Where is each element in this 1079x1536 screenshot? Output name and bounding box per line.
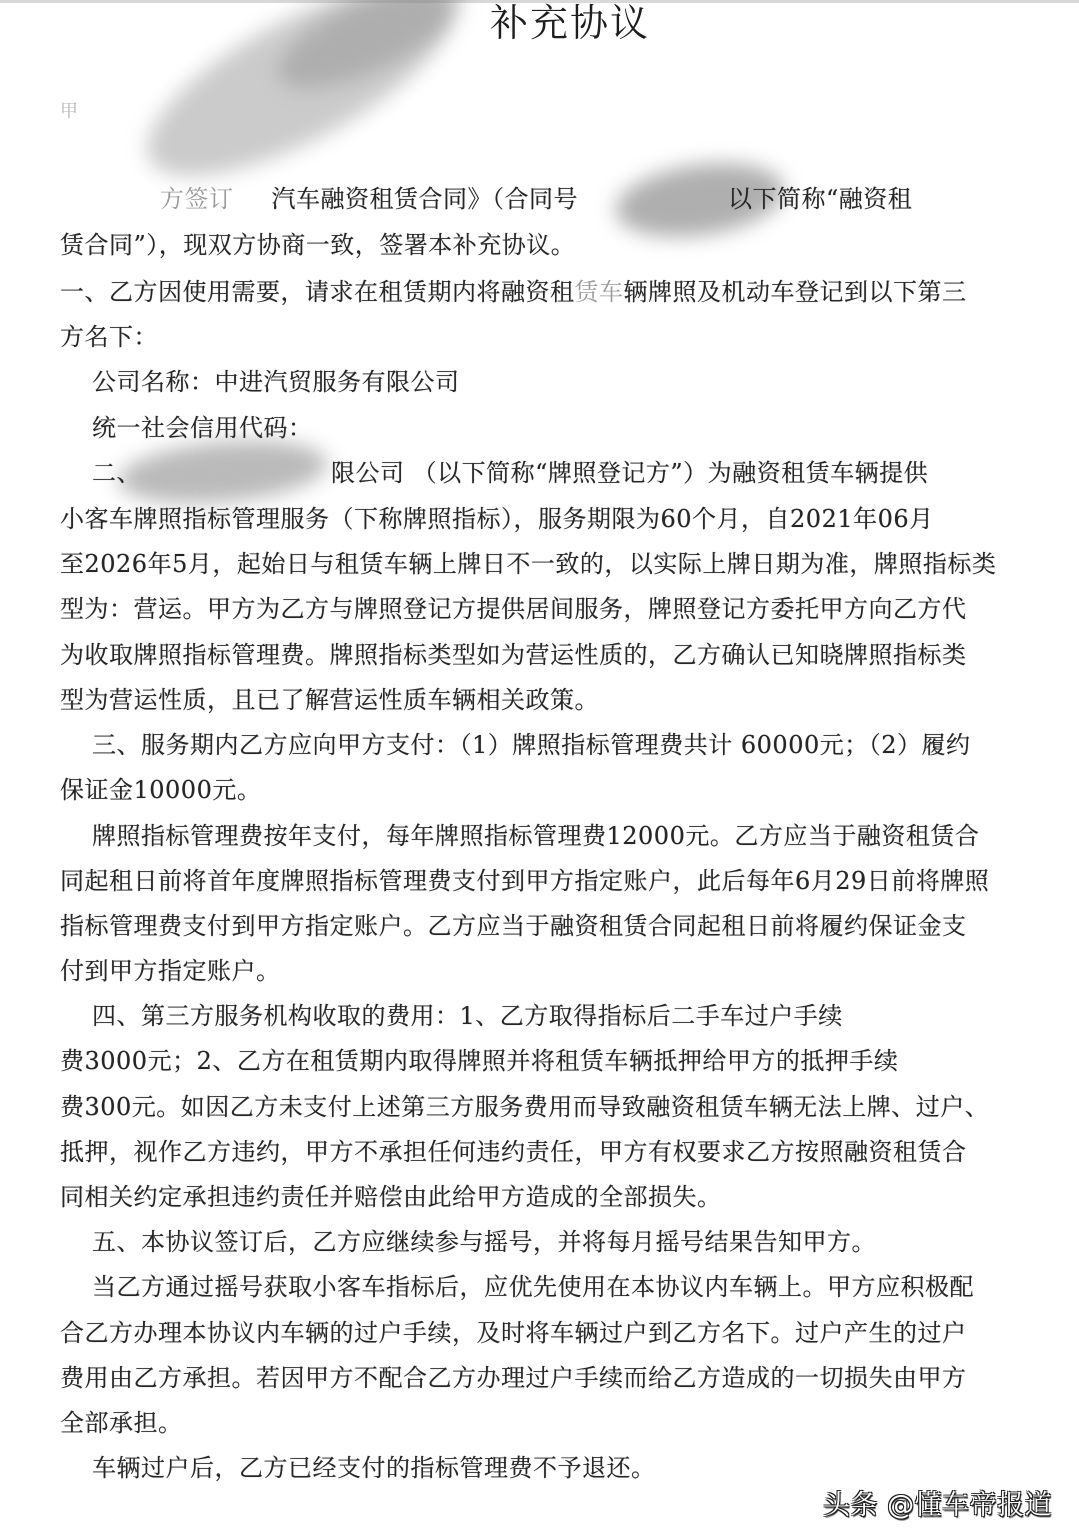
section2-line-1: 二、限公司 （以下简称“牌照登记方”）为融资租赁车辆提供 [92, 458, 928, 488]
section2-line-4: 型为：营运。甲方为乙方与牌照登记方提供居间服务，牌照登记方委托甲方向乙方代 [60, 594, 967, 624]
intro-line-2: 赁合同”），现双方协商一致，签署本补充协议。 [60, 230, 575, 260]
section4-line-3: 费300元。如因乙方未支付上述第三方服务费用而导致融资租赁车辆无法上牌、过户、 [60, 1092, 989, 1122]
company-name-line: 公司名称：中进汽贸服务有限公司 [92, 367, 460, 397]
section5-line-6: 车辆过户后，乙方已经支付的指标管理费不予退还。 [92, 1453, 656, 1483]
section2-line-3: 至2026年5月，起始日与租赁车辆上牌日不一致的，以实际上牌日期为准，牌照指标类 [60, 549, 996, 579]
section1-text-faded: 赁车 [575, 278, 624, 306]
section3-line-5: 指标管理费支付到甲方指定账户。乙方应当于融资租赁合同起租日前将履约保证金支 [60, 911, 967, 941]
credit-code-line: 统一社会信用代码： [92, 413, 313, 443]
intro-contract-title: 汽车融资租赁合同》（合同号 [272, 185, 579, 213]
section3-line-2: 保证金10000元。 [60, 775, 261, 805]
section5-line-5: 全部承担。 [60, 1408, 183, 1438]
section5-line-3: 合乙方办理本协议内车辆的过户手续，及时将车辆过户到乙方名下。过户产生的过户 [60, 1318, 967, 1348]
section5-line-1: 五、本协议签订后，乙方应继续参与摇号，并将每月摇号结果告知甲方。 [92, 1227, 876, 1257]
section4-line-4: 抵押，视作乙方违约，甲方不承担任何违约责任，甲方有权要求乙方按照融资租赁合 [60, 1137, 967, 1167]
section2-line-2: 小客车牌照指标管理服务（下称牌照指标），服务期限为60个月，自2021年06月 [60, 504, 934, 534]
intro-faded-text: 方签订 [160, 185, 234, 213]
faint-header-mark: 甲 [60, 97, 78, 123]
section2-number: 二、 [92, 459, 141, 487]
section2-line-6: 型为营运性质，且已了解营运性质车辆相关政策。 [60, 685, 599, 715]
section3-line-4: 同起租日前将首年度牌照指标管理费支付到甲方指定账户，此后每年6月29日前将牌照 [60, 866, 989, 896]
section2-text: 限公司 （以下简称“牌照登记方”）为融资租赁车辆提供 [331, 459, 928, 487]
redaction-smudge-title [122, 0, 479, 213]
section1-line-2: 方名下： [60, 322, 158, 352]
section4-line-2: 费3000元；2、乙方在租赁期内取得牌照并将租赁车辆抵押给甲方的抵押手续 [60, 1046, 898, 1076]
section3-line-3: 牌照指标管理费按年支付，每年牌照指标管理费12000元。乙方应当于融资租赁合 [92, 821, 979, 851]
section4-line-1: 四、第三方服务机构收取的费用：1、乙方取得指标后二手车过户手续 [92, 1001, 843, 1031]
section1-text-b: 辆牌照及机动车登记到以下第三 [624, 278, 967, 306]
document-title: 补充协议 [490, 0, 650, 47]
section4-line-5: 同相关约定承担违约责任并赔偿由此给甲方造成的全部损失。 [60, 1182, 722, 1212]
section1-text-a: 一、乙方因使用需要，请求在租赁期内将融资租 [60, 278, 575, 306]
section1-line-1: 一、乙方因使用需要，请求在租赁期内将融资租赁车辆牌照及机动车登记到以下第三 [60, 277, 967, 307]
section5-line-4: 费用由乙方承担。若因甲方不配合乙方办理过户手续而给乙方造成的一切损失由甲方 [60, 1363, 967, 1393]
source-watermark: 头条 @懂车帝报道 [823, 1483, 1052, 1522]
section2-line-5: 为收取牌照指标管理费。牌照指标类型如为营运性质的，乙方确认已知晓牌照指标类 [60, 640, 967, 670]
section3-line-6: 付到甲方指定账户。 [60, 956, 281, 986]
section5-line-2: 当乙方通过摇号获取小客车指标后，应优先使用在本协议内车辆上。甲方应积极配 [92, 1272, 974, 1302]
intro-abbrev: 以下简称“融资租 [728, 185, 912, 213]
intro-line-1: 方签订汽车融资租赁合同》（合同号以下简称“融资租 [160, 184, 912, 214]
redaction-smudge-title-secondary [265, 0, 476, 109]
section3-line-1: 三、服务期内乙方应向甲方支付：（1）牌照指标管理费共计 60000元；（2）履约 [92, 730, 971, 760]
